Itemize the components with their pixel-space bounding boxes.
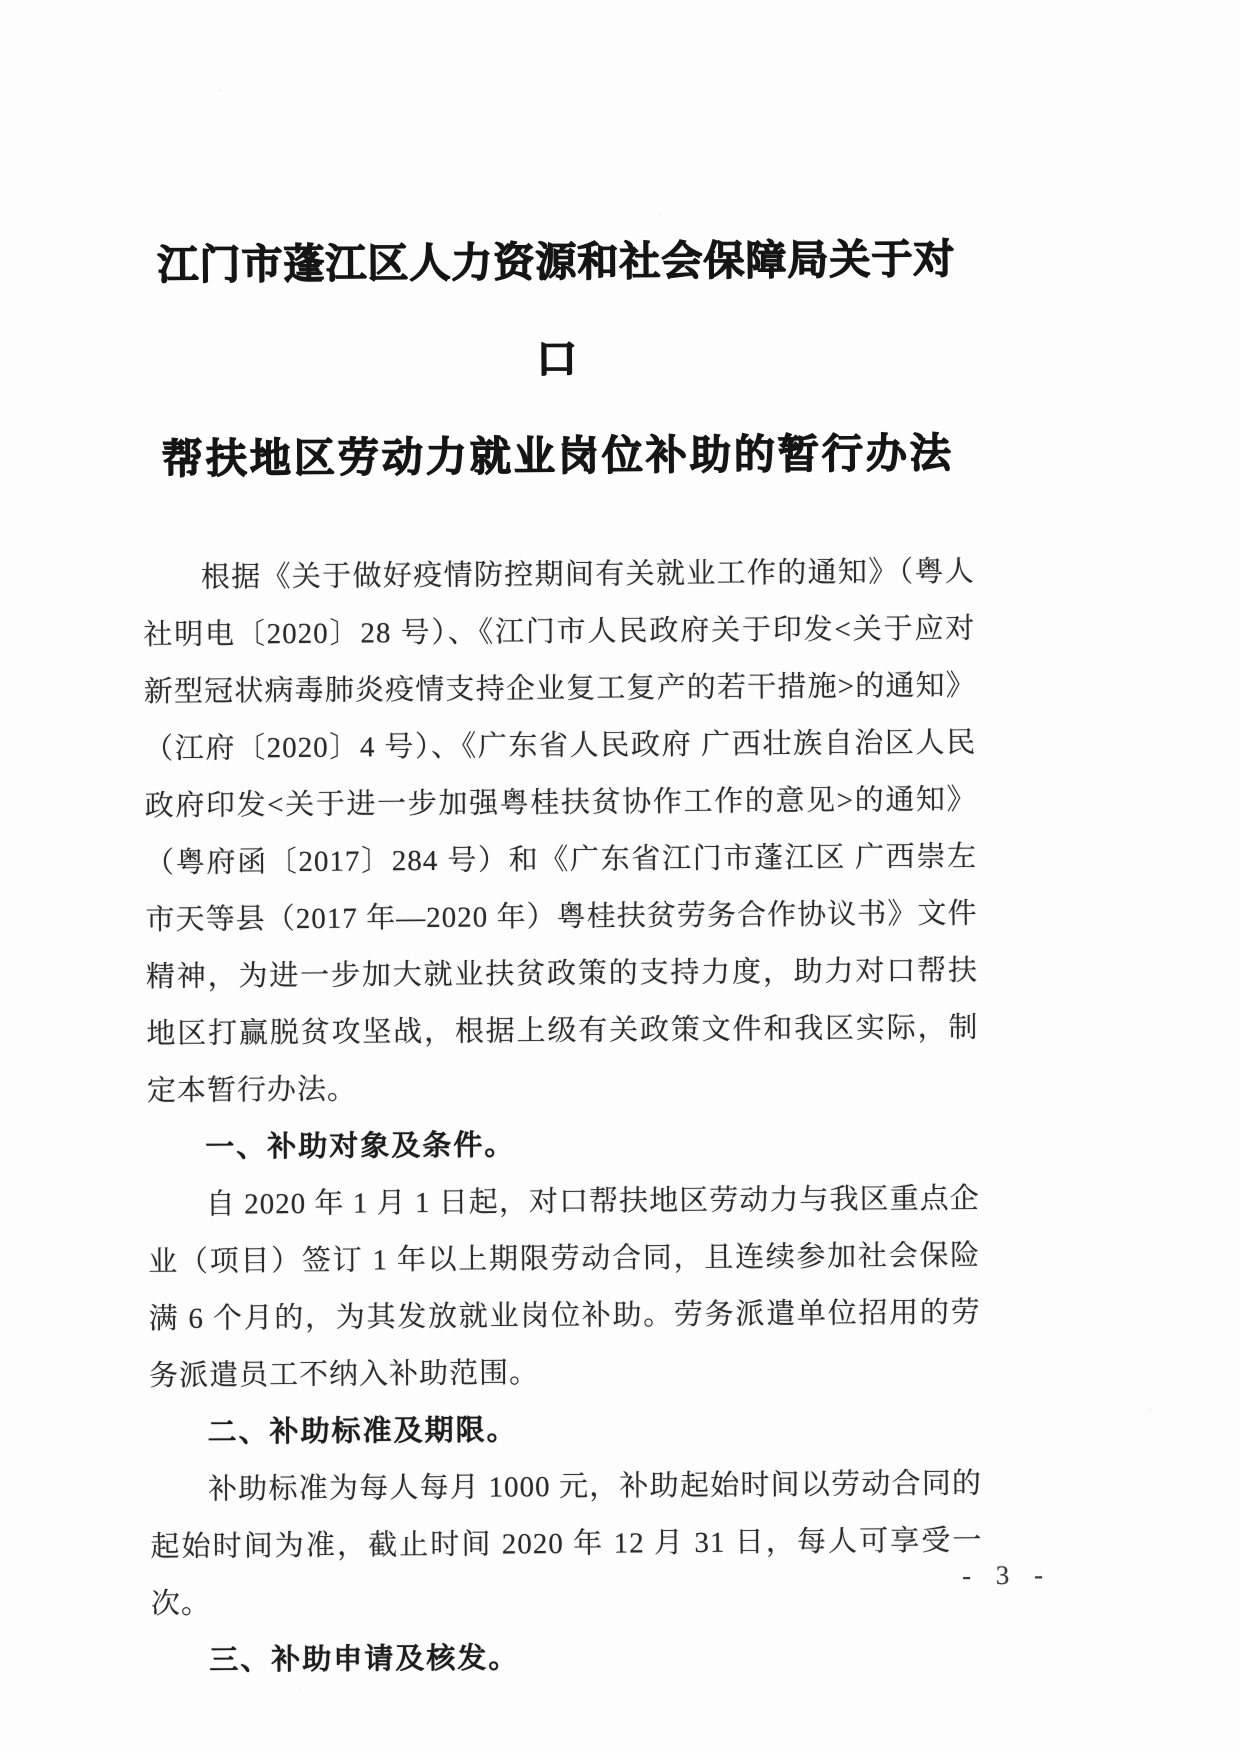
paragraph-section-2: 补助标准为每人每月 1000 元，补助起始时间以劳动合同的起始时间为准，截止时间… <box>150 1456 983 1634</box>
paragraph-section-1: 自 2020 年 1 月 1 日起，对口帮扶地区劳动力与我区重点企业（项目）签订… <box>148 1171 982 1406</box>
page-number: - 3 - <box>962 1560 1052 1592</box>
scanned-document-page: 江门市蓬江区人力资源和社会保障局关于对口 帮扶地区劳动力就业岗位补助的暂行办法 … <box>0 0 1240 1753</box>
section-heading-2: 二、补助标准及期限。 <box>149 1399 981 1463</box>
document-title: 江门市蓬江区人力资源和社会保障局关于对口 帮扶地区劳动力就业岗位补助的暂行办法 <box>140 211 974 509</box>
document-title-line2: 帮扶地区劳动力就业岗位补助的暂行办法 <box>142 405 975 509</box>
section-heading-3: 三、补助申请及核发。 <box>151 1627 983 1691</box>
document-title-line1: 江门市蓬江区人力资源和社会保障局关于对口 <box>140 211 973 412</box>
document-content: 江门市蓬江区人力资源和社会保障局关于对口 帮扶地区劳动力就业岗位补助的暂行办法 … <box>140 211 984 1690</box>
section-heading-1: 一、补助对象及条件。 <box>147 1114 979 1178</box>
document-body: 根据《关于做好疫情防控期间有关就业工作的通知》（粤人社明电〔2020〕28 号）… <box>143 544 984 1690</box>
paragraph-preamble: 根据《关于做好疫情防控期间有关就业工作的通知》（粤人社明电〔2020〕28 号）… <box>143 544 979 1121</box>
